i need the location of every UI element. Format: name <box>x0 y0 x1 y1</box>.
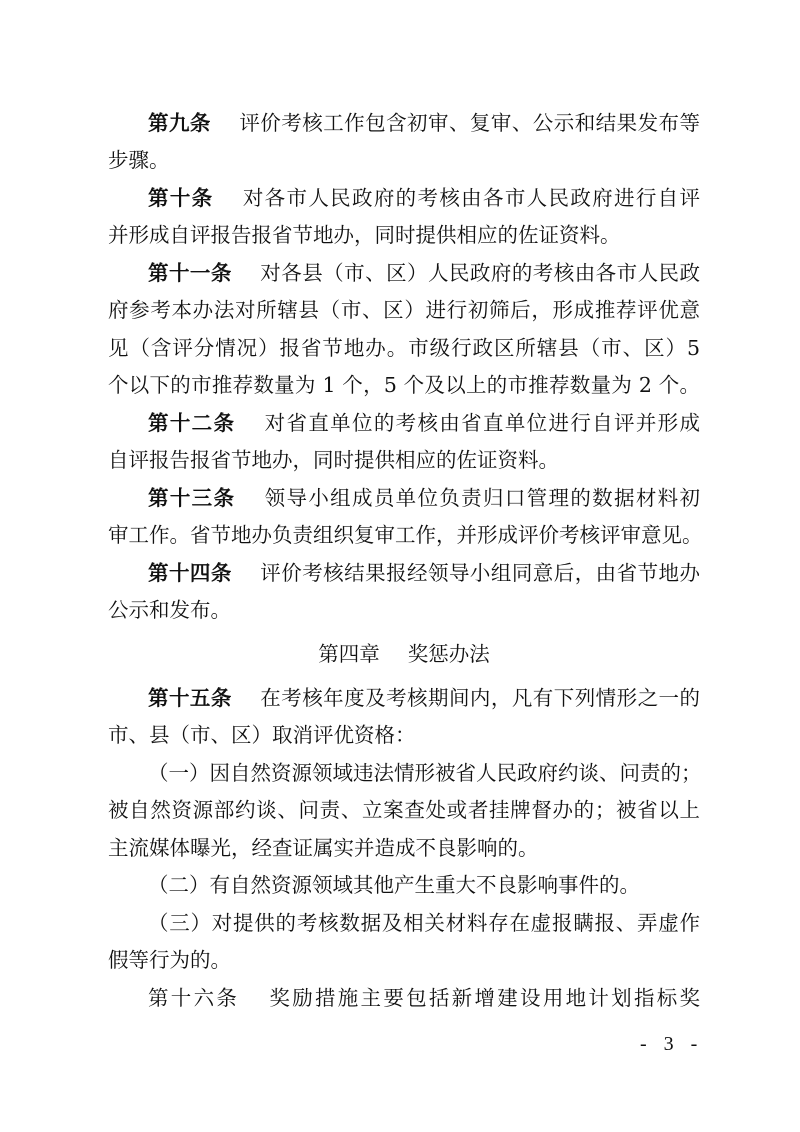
article-14-line-1: 第十四条评价考核结果报经领导小组同意后，由省节地办 <box>148 558 700 588</box>
article-11-line-3: 见（含评分情况）报省节地办。市级行政区所辖县（市、区）5 <box>108 333 700 363</box>
article-11-line-2: 府参考本办法对所辖县（市、区）进行初筛后，形成推荐评优意 <box>108 295 700 325</box>
item-2-line-1: （二）有自然资源领域其他产生重大不良影响事件的。 <box>148 870 700 900</box>
article-9-line-1: 第九条评价考核工作包含初审、复审、公示和结果发布等 <box>148 108 700 138</box>
article-16-line-1: 第十六条奖励措施主要包括新增建设用地计划指标奖 <box>148 983 700 1013</box>
item-1-line-2: 被自然资源部约谈、问责、立案查处或者挂牌督办的；被省以上 <box>108 795 700 825</box>
article-heading: 第十二条 <box>148 411 235 435</box>
article-14-line-2: 公示和发布。 <box>108 595 700 625</box>
article-heading: 第十四条 <box>148 561 232 585</box>
article-10-line-1: 第十条对各市人民政府的考核由各市人民政府进行自评 <box>148 183 700 213</box>
article-11-line-1: 第十一条对各县（市、区）人民政府的考核由各市人民政 <box>148 258 700 288</box>
item-1-line-3: 主流媒体曝光，经查证属实并造成不良影响的。 <box>108 833 700 863</box>
article-heading: 第十一条 <box>148 261 232 285</box>
article-13-line-2: 审工作。省节地办负责组织复审工作，并形成评价考核评审意见。 <box>108 520 700 550</box>
article-heading: 第十条 <box>148 186 214 210</box>
article-15-line-2: 市、县（市、区）取消评优资格： <box>108 720 700 750</box>
article-heading: 第九条 <box>148 111 211 135</box>
article-heading: 第十三条 <box>148 486 235 510</box>
item-3-line-2: 假等行为的。 <box>108 945 700 975</box>
chapter-heading: 第四章奖惩办法 <box>108 639 700 669</box>
article-9-line-2: 步骤。 <box>108 145 700 175</box>
article-heading: 第十五条 <box>148 686 232 710</box>
article-12-line-1: 第十二条对省直单位的考核由省直单位进行自评并形成 <box>148 408 700 438</box>
article-15-line-1: 第十五条在考核年度及考核期间内，凡有下列情形之一的 <box>148 683 700 713</box>
item-3-line-1: （三）对提供的考核数据及相关材料存在虚报瞒报、弄虚作 <box>148 908 700 938</box>
article-11-line-4: 个以下的市推荐数量为 1 个，5 个及以上的市推荐数量为 2 个。 <box>108 370 700 400</box>
page-number: - 3 - <box>640 1033 703 1056</box>
article-10-line-2: 并形成自评报告报省节地办，同时提供相应的佐证资料。 <box>108 220 700 250</box>
article-12-line-2: 自评报告报省节地办，同时提供相应的佐证资料。 <box>108 445 700 475</box>
item-1-line-1: （一）因自然资源领域违法情形被省人民政府约谈、问责的； <box>148 758 700 788</box>
article-heading: 第十六条 <box>148 986 239 1010</box>
article-13-line-1: 第十三条领导小组成员单位负责归口管理的数据材料初 <box>148 483 700 513</box>
